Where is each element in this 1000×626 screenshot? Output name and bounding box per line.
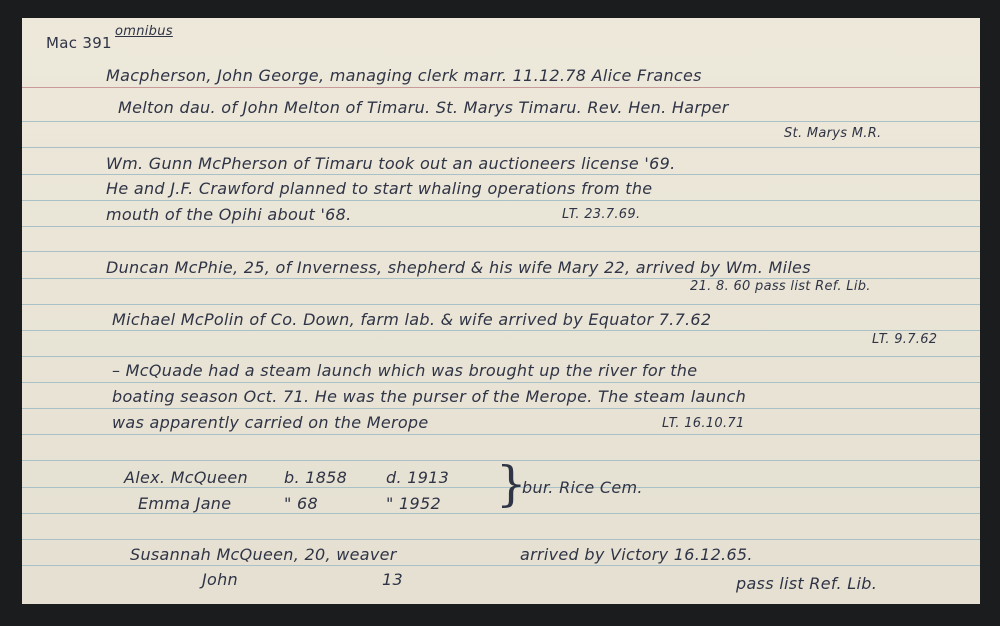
rule-line <box>22 304 980 305</box>
rule-line <box>22 434 980 435</box>
entry-line: Melton dau. of John Melton of Timaru. St… <box>118 98 729 117</box>
rule-line <box>22 408 980 409</box>
source-reference: pass list Ref. Lib. <box>736 574 877 593</box>
entry-line: Michael McPolin of Co. Down, farm lab. &… <box>112 310 711 329</box>
entry-line: boating season Oct. 71. He was the purse… <box>112 387 746 406</box>
entry-line: mouth of the Opihi about '68. <box>106 205 352 224</box>
entry-line: – McQuade had a steam launch which was b… <box>112 361 697 380</box>
card-reference: Mac 391 <box>46 34 112 52</box>
birth-year: " 68 <box>284 494 318 513</box>
entry-line: arrived by Victory 16.12.65. <box>520 545 753 564</box>
entry-line: 13 <box>382 570 403 589</box>
birth-year: b. 1858 <box>284 468 347 487</box>
rule-line <box>22 565 980 566</box>
death-year: d. 1913 <box>386 468 449 487</box>
index-card: Mac 391 omnibus Macpherson, John George,… <box>22 18 980 604</box>
entry-line: Duncan McPhie, 25, of Inverness, shepher… <box>106 258 811 277</box>
rule-line <box>22 382 980 383</box>
burial-note: bur. Rice Cem. <box>522 478 643 497</box>
person-name: Emma Jane <box>138 494 231 513</box>
rule-line <box>22 539 980 540</box>
rule-line <box>22 200 980 201</box>
entry-line: John <box>202 570 238 589</box>
rule-line <box>22 174 980 175</box>
entry-line: Susannah McQueen, 20, weaver <box>130 545 397 564</box>
source-reference: LT. 23.7.69. <box>562 207 640 222</box>
rule-line <box>22 356 980 357</box>
source-reference: LT. 16.10.71 <box>662 416 745 431</box>
entry-line: 21. 8. 60 pass list Ref. Lib. <box>690 279 871 294</box>
entry-line: was apparently carried on the Merope <box>112 413 429 432</box>
entry-line: St. Marys M.R. <box>784 126 881 141</box>
rule-line <box>22 147 980 148</box>
entry-line: Macpherson, John George, managing clerk … <box>106 66 702 85</box>
person-name: Alex. McQueen <box>124 468 248 487</box>
red-header-rule <box>22 87 980 88</box>
entry-line: Wm. Gunn McPherson of Timaru took out an… <box>106 154 675 173</box>
entry-line: He and J.F. Crawford planned to start wh… <box>106 179 652 198</box>
heading-note: omnibus <box>115 24 173 39</box>
rule-line <box>22 513 980 514</box>
rule-line <box>22 121 980 122</box>
rule-line <box>22 226 980 227</box>
rule-line <box>22 330 980 331</box>
source-reference: LT. 9.7.62 <box>872 332 937 347</box>
rule-line <box>22 251 980 252</box>
death-year: " 1952 <box>386 494 441 513</box>
